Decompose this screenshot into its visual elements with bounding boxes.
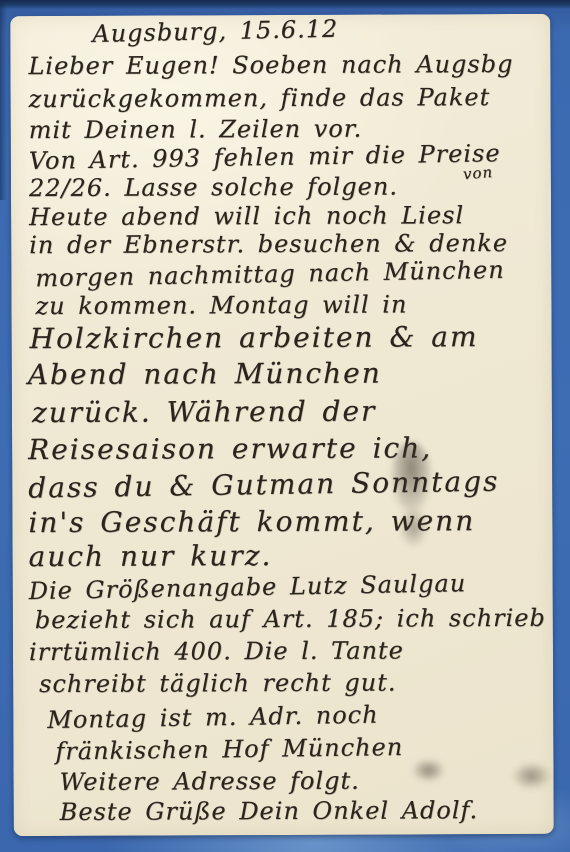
handwritten-line: bezieht sich auf Art. 185; ich schrieb (35, 604, 546, 634)
handwritten-line: Heute abend will ich noch Liesl (29, 201, 464, 231)
postcard: Augsburg, 15.6.12 Lieber Eugen! Soeben n… (10, 14, 554, 836)
handwritten-line: zurückgekommen, finde das Paket (29, 83, 491, 113)
handwritten-line: auch nur kurz. (28, 539, 272, 573)
handwritten-line: Die Größenangabe Lutz Saulgau (28, 569, 466, 605)
handwritten-line: fränkischen Hof München (55, 733, 403, 766)
handwritten-line: in's Geschäft kommt, wenn (28, 504, 475, 539)
inserted-word: von (462, 163, 493, 183)
handwritten-line: dass du & Gutman Sonntags (28, 465, 500, 505)
handwritten-line: Montag ist m. Adr. noch (47, 701, 379, 734)
handwritten-line: morgen nachmittag nach München (35, 256, 505, 293)
scanned-postcard-photo: Augsburg, 15.6.12 Lieber Eugen! Soeben n… (0, 0, 570, 852)
handwritten-line: Weitere Adresse folgt. (59, 767, 359, 796)
scan-edge-left (0, 0, 7, 200)
handwritten-line: mit Deinen l. Zeilen vor. (29, 115, 363, 144)
scan-edge-top (0, 0, 570, 9)
handwritten-line: irrtümlich 400. Die l. Tante (29, 636, 404, 666)
handwriting-layer: Augsburg, 15.6.12 Lieber Eugen! Soeben n… (10, 14, 554, 836)
handwritten-line: Abend nach München (28, 357, 382, 392)
handwritten-line: Reisesaison erwarte ich, (28, 431, 432, 466)
handwritten-line: in der Ebnerstr. besuchen & denke (29, 229, 508, 259)
ink-smudge (411, 758, 445, 782)
handwritten-line: Lieber Eugen! Soeben nach Augsbg (28, 50, 513, 80)
handwritten-line: zurück. Während der (32, 395, 377, 430)
handwritten-line: Von Art. 993 fehlen mir die Preise (29, 139, 501, 175)
signature-line: Beste Grüße Dein Onkel Adolf. (60, 796, 479, 826)
handwritten-line: zu kommen. Montag will in (35, 290, 407, 320)
handwritten-line: schreibt täglich recht gut. (39, 669, 396, 699)
ink-smudge (511, 762, 551, 790)
handwritten-line: Holzkirchen arbeiten & am (30, 320, 479, 355)
handwritten-line: 22/26. Lasse solche folgen. (29, 172, 398, 202)
date-line: Augsburg, 15.6.12 (92, 15, 339, 48)
